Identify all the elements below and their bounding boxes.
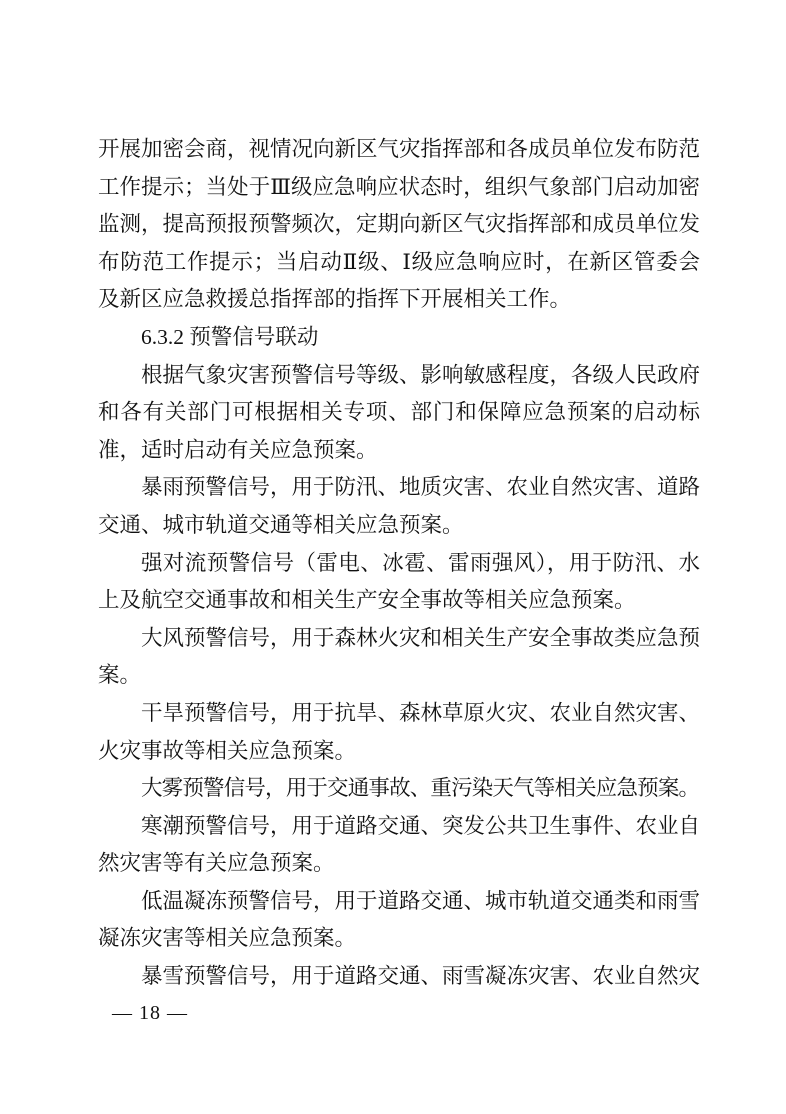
text-line: 凝冻灾害等相关应急预案。 [98, 920, 700, 958]
page-number: — 18 — [112, 1002, 188, 1024]
text-line: 根据气象灾害预警信号等级、影响敏感程度，各级人民政府 [98, 357, 700, 395]
line-text: 低温凝冻预警信号，用于道路交通、城市轨道交通类和雨雪 [141, 889, 700, 913]
text-line: 工作提示；当处于Ⅲ级应急响应状态时，组织气象部门启动加密 [98, 169, 700, 207]
document-body: 开展加密会商，视情况向新区气灾指挥部和各成员单位发布防范工作提示；当处于Ⅲ级应急… [98, 131, 700, 996]
line-text: 布防范工作提示；当启动Ⅱ级、Ⅰ级应急响应时，在新区管委会 [98, 250, 701, 274]
page-footer: — 18 — [112, 1000, 188, 1026]
text-line: 强对流预警信号（雷电、冰雹、雷雨强风），用于防汛、水 [98, 545, 700, 583]
line-text: 交通、城市轨道交通等相关应急预案。 [98, 513, 464, 537]
text-line: 大风预警信号，用于森林火灾和相关生产安全事故类应急预 [98, 620, 700, 658]
line-text: 大雾预警信号，用于交通事故、重污染天气等相关应急预案。 [141, 776, 699, 800]
section-heading: 6.3.2 预警信号联动 [98, 319, 700, 357]
line-text: 凝冻灾害等相关应急预案。 [98, 926, 356, 950]
line-text: 强对流预警信号（雷电、冰雹、雷雨强风），用于防汛、水 [141, 551, 700, 575]
text-line: 上及航空交通事故和相关生产安全事故等相关应急预案。 [98, 582, 700, 620]
text-line: 寒潮预警信号，用于道路交通、突发公共卫生事件、农业自 [98, 808, 700, 846]
text-line: 布防范工作提示；当启动Ⅱ级、Ⅰ级应急响应时，在新区管委会 [98, 244, 700, 282]
text-line: 交通、城市轨道交通等相关应急预案。 [98, 507, 700, 545]
line-text: 监测，提高预报预警频次，定期向新区气灾指挥部和成员单位发 [98, 212, 700, 236]
line-text: 暴雪预警信号，用于道路交通、雨雪凝冻灾害、农业自然灾 [141, 964, 700, 988]
line-text: 及新区应急救援总指挥部的指挥下开展相关工作。 [98, 287, 571, 311]
line-text: 开展加密会商，视情况向新区气灾指挥部和各成员单位发布防范 [98, 137, 700, 161]
text-line: 火灾事故等相关应急预案。 [98, 733, 700, 771]
line-text: 暴雨预警信号，用于防汛、地质灾害、农业自然灾害、道路 [141, 475, 700, 499]
text-line: 低温凝冻预警信号，用于道路交通、城市轨道交通类和雨雪 [98, 883, 700, 921]
text-line: 暴雨预警信号，用于防汛、地质灾害、农业自然灾害、道路 [98, 469, 700, 507]
text-line: 及新区应急救援总指挥部的指挥下开展相关工作。 [98, 281, 700, 319]
line-text: 根据气象灾害预警信号等级、影响敏感程度，各级人民政府 [141, 363, 700, 387]
line-text: 准，适时启动有关应急预案。 [98, 438, 378, 462]
line-text: 寒潮预警信号，用于道路交通、突发公共卫生事件、农业自 [141, 814, 700, 838]
text-line: 开展加密会商，视情况向新区气灾指挥部和各成员单位发布防范 [98, 131, 700, 169]
text-line: 案。 [98, 657, 700, 695]
text-line: 监测，提高预报预警频次，定期向新区气灾指挥部和成员单位发 [98, 206, 700, 244]
text-line: 然灾害等有关应急预案。 [98, 845, 700, 883]
text-line: 干旱预警信号，用于抗旱、森林草原火灾、农业自然灾害、 [98, 695, 700, 733]
line-text: 上及航空交通事故和相关生产安全事故等相关应急预案。 [98, 588, 636, 612]
text-line: 和各有关部门可根据相关专项、部门和保障应急预案的启动标 [98, 394, 700, 432]
line-text: 6.3.2 预警信号联动 [141, 325, 318, 349]
line-text: 大风预警信号，用于森林火灾和相关生产安全事故类应急预 [141, 626, 700, 650]
text-line: 准，适时启动有关应急预案。 [98, 432, 700, 470]
line-text: 然灾害等有关应急预案。 [98, 851, 335, 875]
text-line: 大雾预警信号，用于交通事故、重污染天气等相关应急预案。 [98, 770, 700, 808]
line-text: 案。 [98, 663, 141, 687]
line-text: 工作提示；当处于Ⅲ级应急响应状态时，组织气象部门启动加密 [98, 175, 700, 199]
text-line: 暴雪预警信号，用于道路交通、雨雪凝冻灾害、农业自然灾 [98, 958, 700, 996]
document-page: 开展加密会商，视情况向新区气灾指挥部和各成员单位发布防范工作提示；当处于Ⅲ级应急… [0, 0, 786, 1114]
line-text: 和各有关部门可根据相关专项、部门和保障应急预案的启动标 [98, 400, 701, 424]
line-text: 火灾事故等相关应急预案。 [98, 739, 356, 763]
line-text: 干旱预警信号，用于抗旱、森林草原火灾、农业自然灾害、 [141, 701, 700, 725]
